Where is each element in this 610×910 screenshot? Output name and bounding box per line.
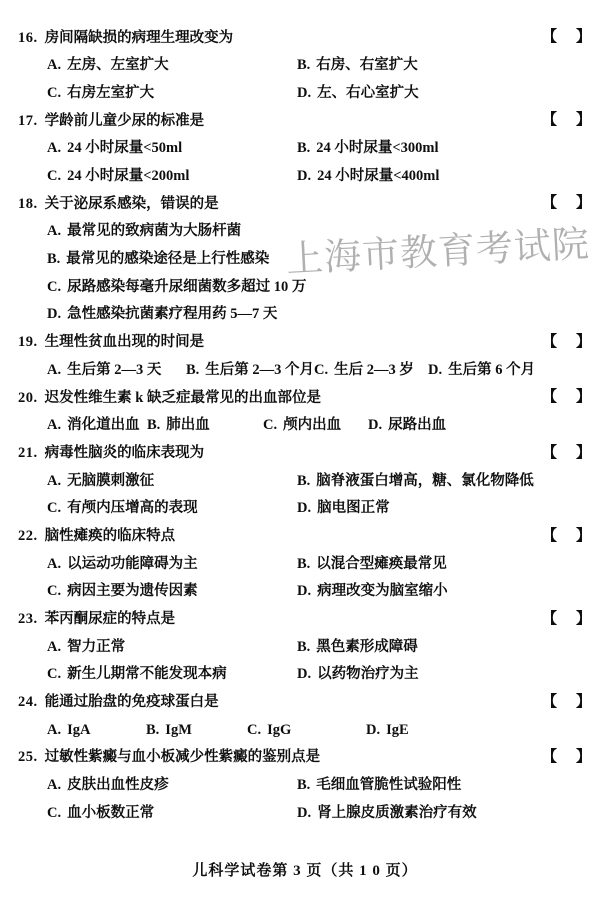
option-C: C.有颅内压增高的表现 — [47, 501, 297, 516]
option-text: 尿路感染每毫升尿细菌数多超过 10 万 — [67, 280, 306, 295]
option-text: 颅内出血 — [283, 418, 341, 433]
options-row: A.智力正常B.黑色素形成障碍 — [18, 633, 610, 661]
options-row: C.病因主要为遗传因素D.病理改变为脑室缩小 — [18, 578, 610, 606]
option-text: 黑色素形成障碍 — [316, 640, 418, 655]
option-text: 生后 2—3 岁 — [334, 363, 414, 378]
options-row: C.尿路感染每毫升尿细菌数多超过 10 万 — [18, 273, 610, 301]
question-stem-line: 21.病毒性脑炎的临床表现为【 】 — [18, 439, 610, 467]
question-18: 18.关于泌尿系感染，错误的是【 】A.最常见的致病菌为大肠杆菌B.最常见的感染… — [18, 190, 610, 328]
option-text: 生后第 2—3 天 — [67, 363, 161, 378]
option-label: D. — [368, 418, 382, 433]
question-stem-line: 22.脑性瘫痪的临床特点【 】 — [18, 522, 610, 550]
question-stem: 学龄前儿童少尿的标准是 — [45, 114, 205, 129]
option-label: C. — [47, 169, 61, 184]
question-number: 24. — [18, 695, 38, 710]
option-label: B. — [297, 141, 310, 156]
option-text: 24 小时尿量<300ml — [316, 141, 438, 156]
question-number: 22. — [18, 529, 38, 544]
question-number: 21. — [18, 446, 38, 461]
option-D: D.急性感染抗菌素疗程用药 5—7 天 — [47, 307, 277, 322]
options-row: B.最常见的感染途径是上行性感染 — [18, 246, 610, 274]
question-stem: 病毒性脑炎的临床表现为 — [45, 446, 205, 461]
option-A: A.左房、左室扩大 — [47, 58, 297, 73]
option-D: D.病理改变为脑室缩小 — [297, 584, 448, 599]
option-text: 尿路出血 — [388, 418, 446, 433]
option-label: A. — [47, 363, 61, 378]
option-A: A.消化道出血 — [47, 418, 147, 433]
option-text: IgE — [386, 723, 409, 738]
option-A: A.24 小时尿量<50ml — [47, 141, 297, 156]
question-stem-line: 20.迟发性维生素 k 缺乏症最常见的出血部位是【 】 — [18, 384, 610, 412]
page-footer: 儿科学试卷第 3 页（共 1 0 页） — [0, 859, 610, 880]
option-label: C. — [47, 667, 61, 682]
question-stem: 能通过胎盘的免疫球蛋白是 — [45, 695, 219, 710]
option-label: B. — [297, 778, 310, 793]
option-label: B. — [147, 418, 160, 433]
option-text: 智力正常 — [67, 640, 125, 655]
option-D: D.脑电图正常 — [297, 501, 390, 516]
question-stem: 苯丙酮尿症的特点是 — [45, 612, 176, 627]
answer-brackets: 【 】 — [542, 446, 593, 461]
option-B: B.最常见的感染途径是上行性感染 — [47, 252, 269, 267]
option-text: 病因主要为遗传因素 — [67, 584, 198, 599]
option-A: A.IgA — [47, 723, 146, 738]
option-C: C.生后 2—3 岁 — [314, 363, 428, 378]
option-A: A.最常见的致病菌为大肠杆菌 — [47, 224, 241, 239]
question-22: 22.脑性瘫痪的临床特点【 】A.以运动功能障碍为主B.以混合型瘫痪最常见C.病… — [18, 522, 610, 605]
option-D: D.24 小时尿量<400ml — [297, 169, 439, 184]
question-number: 20. — [18, 391, 38, 406]
question-stem: 迟发性维生素 k 缺乏症最常见的出血部位是 — [45, 391, 321, 406]
option-B: B.生后第 2—3 个月 — [186, 363, 314, 378]
option-label: B. — [186, 363, 199, 378]
options-row: C.新生儿期常不能发现本病D.以药物治疗为主 — [18, 661, 610, 689]
option-A: A.以运动功能障碍为主 — [47, 557, 297, 572]
question-stem-line: 18.关于泌尿系感染，错误的是【 】 — [18, 190, 610, 218]
option-B: B.24 小时尿量<300ml — [297, 141, 439, 156]
option-text: 血小板数正常 — [67, 806, 154, 821]
option-label: A. — [47, 418, 61, 433]
option-B: B.右房、右室扩大 — [297, 58, 418, 73]
option-text: 无脑膜刺激征 — [67, 474, 154, 489]
option-label: A. — [47, 778, 61, 793]
question-21: 21.病毒性脑炎的临床表现为【 】A.无脑膜刺激征B.脑脊液蛋白增高，糖、氯化物… — [18, 439, 610, 522]
options-row: A.无脑膜刺激征B.脑脊液蛋白增高，糖、氯化物降低 — [18, 467, 610, 495]
option-label: D. — [366, 723, 380, 738]
question-17: 17.学龄前儿童少尿的标准是【 】A.24 小时尿量<50mlB.24 小时尿量… — [18, 107, 610, 190]
question-stem-line: 25.过敏性紫癜与血小板减少性紫癜的鉴别点是【 】 — [18, 744, 610, 772]
option-label: D. — [297, 501, 311, 516]
option-text: 有颅内压增高的表现 — [67, 501, 198, 516]
option-C: C.24 小时尿量<200ml — [47, 169, 297, 184]
option-label: C. — [314, 363, 328, 378]
option-D: D.生后第 6 个月 — [428, 363, 535, 378]
option-text: 生后第 6 个月 — [448, 363, 535, 378]
option-B: B.脑脊液蛋白增高，糖、氯化物降低 — [297, 474, 534, 489]
question-number: 16. — [18, 31, 38, 46]
option-label: C. — [263, 418, 277, 433]
option-text: 24 小时尿量<50ml — [67, 141, 182, 156]
option-B: B.黑色素形成障碍 — [297, 640, 418, 655]
options-row: A.以运动功能障碍为主B.以混合型瘫痪最常见 — [18, 550, 610, 578]
option-label: D. — [297, 584, 311, 599]
option-label: B. — [297, 640, 310, 655]
option-text: 24 小时尿量<400ml — [317, 169, 439, 184]
option-label: A. — [47, 557, 61, 572]
option-B: B.肺出血 — [147, 418, 263, 433]
option-text: 最常见的感染途径是上行性感染 — [66, 252, 269, 267]
option-C: C.病因主要为遗传因素 — [47, 584, 297, 599]
option-label: C. — [47, 86, 61, 101]
option-label: A. — [47, 58, 61, 73]
question-stem-line: 24.能通过胎盘的免疫球蛋白是【 】 — [18, 689, 610, 717]
option-B: B.毛细血管脆性试验阳性 — [297, 778, 461, 793]
options-row: A.24 小时尿量<50mlB.24 小时尿量<300ml — [18, 135, 610, 163]
option-C: C.右房左室扩大 — [47, 86, 297, 101]
option-label: D. — [297, 169, 311, 184]
option-A: A.生后第 2—3 天 — [47, 363, 186, 378]
option-text: 以运动功能障碍为主 — [67, 557, 198, 572]
option-text: 肾上腺皮质激素治疗有效 — [317, 806, 477, 821]
option-label: C. — [47, 280, 61, 295]
question-stem-line: 19.生理性贫血出现的时间是【 】 — [18, 329, 610, 357]
option-label: C. — [47, 584, 61, 599]
options-row: C.右房左室扩大D.左、右心室扩大 — [18, 79, 610, 107]
question-stem: 脑性瘫痪的临床特点 — [45, 529, 176, 544]
option-label: B. — [297, 557, 310, 572]
answer-brackets: 【 】 — [542, 113, 593, 128]
question-stem: 关于泌尿系感染，错误的是 — [45, 197, 219, 212]
option-D: D.IgE — [366, 723, 409, 738]
option-C: C.IgG — [247, 723, 366, 738]
question-23: 23.苯丙酮尿症的特点是【 】A.智力正常B.黑色素形成障碍C.新生儿期常不能发… — [18, 605, 610, 688]
question-number: 17. — [18, 114, 38, 129]
option-label: A. — [47, 474, 61, 489]
question-number: 18. — [18, 197, 38, 212]
option-label: A. — [47, 141, 61, 156]
answer-brackets: 【 】 — [542, 529, 593, 544]
option-D: D.以药物治疗为主 — [297, 667, 419, 682]
option-text: 左房、左室扩大 — [67, 58, 169, 73]
option-label: B. — [297, 474, 310, 489]
answer-brackets: 【 】 — [542, 612, 593, 627]
option-C: C.尿路感染每毫升尿细菌数多超过 10 万 — [47, 280, 306, 295]
option-label: A. — [47, 723, 61, 738]
option-D: D.肾上腺皮质激素治疗有效 — [297, 806, 477, 821]
options-row: A.最常见的致病菌为大肠杆菌 — [18, 218, 610, 246]
option-A: A.智力正常 — [47, 640, 297, 655]
question-list: 16.房间隔缺损的病理生理改变为【 】A.左房、左室扩大B.右房、右室扩大C.右… — [0, 24, 610, 827]
answer-brackets: 【 】 — [542, 30, 593, 45]
option-text: 脑电图正常 — [317, 501, 390, 516]
option-B: B.IgM — [146, 723, 247, 738]
question-16: 16.房间隔缺损的病理生理改变为【 】A.左房、左室扩大B.右房、右室扩大C.右… — [18, 24, 610, 107]
option-label: A. — [47, 640, 61, 655]
options-row: D.急性感染抗菌素疗程用药 5—7 天 — [18, 301, 610, 329]
options-row: C.血小板数正常D.肾上腺皮质激素治疗有效 — [18, 799, 610, 827]
options-row: A.消化道出血B.肺出血C.颅内出血D.尿路出血 — [18, 412, 610, 440]
option-text: 24 小时尿量<200ml — [67, 169, 189, 184]
exam-page: 上海市教育考试院 16.房间隔缺损的病理生理改变为【 】A.左房、左室扩大B.右… — [0, 0, 610, 910]
option-text: 右房左室扩大 — [67, 86, 154, 101]
option-text: 肺出血 — [166, 418, 210, 433]
option-text: IgM — [165, 723, 192, 738]
option-text: IgA — [67, 723, 90, 738]
answer-brackets: 【 】 — [542, 695, 593, 710]
option-text: 新生儿期常不能发现本病 — [67, 667, 227, 682]
question-stem: 生理性贫血出现的时间是 — [45, 335, 205, 350]
question-stem: 过敏性紫癜与血小板减少性紫癜的鉴别点是 — [45, 750, 321, 765]
option-text: 皮肤出血性皮疹 — [67, 778, 169, 793]
question-24: 24.能通过胎盘的免疫球蛋白是【 】A.IgAB.IgMC.IgGD.IgE — [18, 689, 610, 744]
option-label: C. — [247, 723, 261, 738]
question-number: 19. — [18, 335, 38, 350]
option-C: C.新生儿期常不能发现本病 — [47, 667, 297, 682]
answer-brackets: 【 】 — [542, 390, 593, 405]
option-text: 以药物治疗为主 — [317, 667, 419, 682]
question-stem-line: 17.学龄前儿童少尿的标准是【 】 — [18, 107, 610, 135]
option-label: A. — [47, 224, 61, 239]
question-stem-line: 23.苯丙酮尿症的特点是【 】 — [18, 605, 610, 633]
answer-brackets: 【 】 — [542, 750, 593, 765]
option-label: D. — [297, 86, 311, 101]
option-text: 病理改变为脑室缩小 — [317, 584, 448, 599]
option-text: 右房、右室扩大 — [316, 58, 418, 73]
question-number: 25. — [18, 750, 38, 765]
option-label: D. — [47, 307, 61, 322]
answer-brackets: 【 】 — [542, 335, 593, 350]
option-text: 最常见的致病菌为大肠杆菌 — [67, 224, 241, 239]
question-number: 23. — [18, 612, 38, 627]
options-row: A.皮肤出血性皮疹B.毛细血管脆性试验阳性 — [18, 772, 610, 800]
options-row: A.生后第 2—3 天B.生后第 2—3 个月C.生后 2—3 岁D.生后第 6… — [18, 356, 610, 384]
options-row: A.IgAB.IgMC.IgGD.IgE — [18, 716, 610, 744]
option-label: B. — [146, 723, 159, 738]
option-A: A.无脑膜刺激征 — [47, 474, 297, 489]
question-20: 20.迟发性维生素 k 缺乏症最常见的出血部位是【 】A.消化道出血B.肺出血C… — [18, 384, 610, 439]
question-stem: 房间隔缺损的病理生理改变为 — [45, 31, 234, 46]
option-label: D. — [297, 667, 311, 682]
option-C: C.颅内出血 — [263, 418, 368, 433]
option-text: 消化道出血 — [67, 418, 140, 433]
question-19: 19.生理性贫血出现的时间是【 】A.生后第 2—3 天B.生后第 2—3 个月… — [18, 329, 610, 384]
option-label: D. — [428, 363, 442, 378]
option-label: C. — [47, 501, 61, 516]
option-text: 脑脊液蛋白增高，糖、氯化物降低 — [316, 474, 534, 489]
option-label: D. — [297, 806, 311, 821]
question-25: 25.过敏性紫癜与血小板减少性紫癜的鉴别点是【 】A.皮肤出血性皮疹B.毛细血管… — [18, 744, 610, 827]
option-label: C. — [47, 806, 61, 821]
option-text: IgG — [267, 723, 291, 738]
option-label: B. — [297, 58, 310, 73]
option-B: B.以混合型瘫痪最常见 — [297, 557, 447, 572]
option-text: 急性感染抗菌素疗程用药 5—7 天 — [67, 307, 277, 322]
options-row: A.左房、左室扩大B.右房、右室扩大 — [18, 52, 610, 80]
option-text: 毛细血管脆性试验阳性 — [316, 778, 461, 793]
option-text: 左、右心室扩大 — [317, 86, 419, 101]
option-text: 以混合型瘫痪最常见 — [316, 557, 447, 572]
option-C: C.血小板数正常 — [47, 806, 297, 821]
options-row: C.有颅内压增高的表现D.脑电图正常 — [18, 495, 610, 523]
answer-brackets: 【 】 — [542, 196, 593, 211]
options-row: C.24 小时尿量<200mlD.24 小时尿量<400ml — [18, 162, 610, 190]
option-D: D.尿路出血 — [368, 418, 446, 433]
option-label: B. — [47, 252, 60, 267]
option-text: 生后第 2—3 个月 — [205, 363, 314, 378]
option-A: A.皮肤出血性皮疹 — [47, 778, 297, 793]
option-D: D.左、右心室扩大 — [297, 86, 419, 101]
question-stem-line: 16.房间隔缺损的病理生理改变为【 】 — [18, 24, 610, 52]
